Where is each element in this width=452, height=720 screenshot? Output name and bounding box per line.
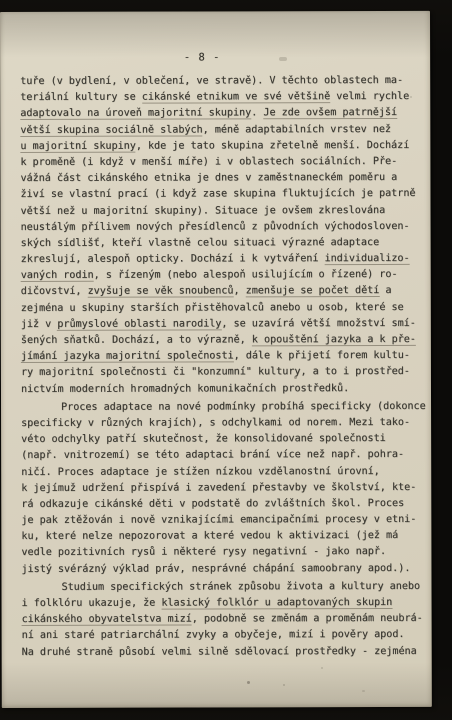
- text-segment: větší než u majoritní skupiny). Situace …: [21, 204, 386, 216]
- paragraph: Proces adaptace na nové podmínky probíhá…: [21, 399, 421, 578]
- pencil-underlined-text: individualizo-: [324, 253, 409, 265]
- text-segment: k proměně (i když v menší míře) i v obla…: [20, 156, 397, 168]
- text-line: i folklóru ukazuje, že klasický folklór …: [22, 595, 422, 612]
- scanner-background: - 8 - tuře (v bydlení, v oblečení, ve st…: [0, 0, 452, 720]
- pencil-underlined-text: průmyslové oblasti narodily: [57, 318, 221, 330]
- text-line: neustálým přílivem nových přesídlenců z …: [21, 219, 421, 236]
- text-segment: véto odchylky patří skutečnost, že konso…: [21, 433, 386, 445]
- pencil-underlined-text: zmenšuje se počet dětí: [246, 285, 380, 297]
- pencil-underlined-text: u majoritní skupiny: [20, 140, 135, 152]
- text-segment: , kde je tato skupina zřetelně menší. Do…: [136, 140, 409, 152]
- pencil-underlined-text: zvyšuje se věk snoubenců: [88, 286, 234, 298]
- paragraph: tuře (v bydlení, v oblečení, ve stravě).…: [20, 73, 421, 398]
- text-segment: Studium specifických stránek způsobu živ…: [61, 581, 420, 593]
- text-line: teriální kultury se cikánské etnikum ve …: [20, 89, 420, 106]
- text-segment: neustálým přílivem nových přesídlenců z …: [21, 221, 410, 233]
- text-line: šených sňatků. Dochází, a to výrazně, k …: [21, 332, 421, 349]
- pencil-underlined-text: větší skupina sociálně slabých: [20, 124, 202, 136]
- pencil-underlined-text: k opouštění jazyka a k pře-: [252, 334, 416, 346]
- text-line: (např. vnitrozemí) se této adaptaci brán…: [21, 447, 421, 464]
- text-segment: šených sňatků. Dochází, a to výrazně,: [21, 334, 252, 346]
- text-line: jímání jazyka majoritní společnosti, dál…: [21, 348, 421, 365]
- text-line: ských sídlišť, kteří vlastně celou situa…: [21, 235, 421, 252]
- text-segment: ničí. Proces adaptace je stížen nízkou v…: [21, 466, 380, 478]
- text-line: vaných rodin, s řízeným (nebo alespoň us…: [21, 267, 421, 284]
- text-line: živí se vlastní prací (i když zase skupi…: [20, 186, 420, 203]
- text-line: Studium specifických stránek způsobu živ…: [21, 579, 421, 596]
- text-line: jistý svérázný výklad práv, nesprávné ch…: [21, 561, 421, 578]
- text-segment: ry majoritní společnosti či "konzumní" k…: [21, 366, 410, 378]
- text-line: ku, které nelze nepozorovat a které vedo…: [21, 528, 421, 545]
- text-segment: k jejímuž udržení přispívá i zavedení př…: [21, 482, 416, 494]
- pencil-underlined-text: vaných rodin: [21, 270, 94, 282]
- text-line: větší než u majoritní skupiny). Situace …: [21, 202, 421, 219]
- text-segment: velmi rychle: [330, 91, 409, 102]
- text-segment: , dále k přijetí forem kultu-: [234, 350, 410, 361]
- pencil-underlined-text: jímání jazyka majoritní společnosti: [21, 351, 234, 364]
- pencil-underlined-text: cikánského obyvatelstva mizí: [22, 614, 192, 626]
- text-segment: vážná část cikánského etnika je dnes v z…: [20, 172, 397, 184]
- text-line: véto odchylky patří skutečnost, že konso…: [21, 431, 421, 448]
- document-page: - 8 - tuře (v bydlení, v oblečení, ve st…: [0, 11, 432, 708]
- text-segment: Proces adaptace na nové podmínky probíhá…: [61, 401, 426, 413]
- text-segment: , se uzavírá větší množství smí-: [221, 318, 415, 330]
- text-segment: ní ani staré patriarchální zvyky a obyče…: [22, 629, 405, 641]
- text-segment: a: [379, 285, 391, 296]
- pencil-underlined-text: klasický folklór u adaptovaných skupin: [161, 597, 392, 610]
- text-segment: , méně adaptabilních vrstev než: [203, 124, 391, 135]
- text-line: k proměně (i když v menší míře) i v obla…: [20, 154, 420, 171]
- text-segment: Na druhé straně působí velmi silně sdělo…: [22, 645, 417, 657]
- text-segment: dičovství,: [21, 286, 88, 297]
- text-segment: teriální kultury se: [20, 92, 142, 103]
- text-line: k jejímuž udržení přispívá i zavedení př…: [21, 480, 421, 497]
- text-line: ní ani staré patriarchální zvyky a obyče…: [22, 627, 422, 644]
- text-segment: (např. vnitrozemí) se této adaptaci brán…: [21, 449, 404, 461]
- text-segment: jistý svérázný výklad práv, nesprávné ch…: [21, 563, 410, 575]
- text-line: ničí. Proces adaptace je stížen nízkou v…: [21, 463, 421, 480]
- text-segment: ku, které nelze nepozorovat a které vedo…: [21, 530, 398, 542]
- text-line: nictvím moderních hromadných komunikační…: [21, 380, 421, 397]
- text-line: adaptovalo na úroveň majoritní skupiny. …: [20, 105, 420, 122]
- text-line: již v průmyslové oblasti narodily, se uz…: [21, 316, 421, 333]
- text-segment: rá odkazuje cikánské děti v podstatě do …: [21, 498, 404, 510]
- pencil-underlined-text: cikánské etnikum ve své většině: [142, 91, 330, 103]
- text-segment: zkreslují, alespoň opticky. Dochází i k …: [21, 253, 325, 265]
- text-line: specificky v různých krajích), s odchylk…: [21, 415, 421, 432]
- text-line: vedle pozitivních rysů i některé rysy ne…: [21, 544, 421, 561]
- text-segment: nictvím moderních hromadných komunikační…: [21, 383, 349, 395]
- text-line: Na druhé straně působí velmi silně sdělo…: [22, 643, 422, 660]
- text-line: Proces adaptace na nové podmínky probíhá…: [21, 399, 421, 416]
- text-line: tuře (v bydlení, v oblečení, ve stravě).…: [20, 73, 420, 90]
- text-segment: ských sídlišť, kteří vlastně celou situa…: [21, 237, 380, 249]
- text-line: cikánského obyvatelstva mizí, podobně se…: [22, 611, 422, 628]
- page-body: tuře (v bydlení, v oblečení, ve stravě).…: [20, 73, 422, 661]
- text-line: u majoritní skupiny, kde je tato skupina…: [20, 138, 420, 155]
- text-segment: , podobně se změnám a proměnám neubrá-: [192, 613, 423, 625]
- text-line: vážná část cikánského etnika je dnes v z…: [20, 170, 420, 187]
- text-line: je pak ztěžován i nově vznikajícími eman…: [21, 512, 421, 529]
- text-segment: již v: [21, 319, 57, 330]
- text-segment: živí se vlastní prací (i když zase skupi…: [20, 188, 415, 200]
- pencil-underlined-text: Je zde ovšem patrnější: [263, 107, 397, 119]
- text-segment: , s řízeným (nebo alespoň usilujícím o ř…: [94, 269, 398, 281]
- text-segment: i folklóru ukazuje, že: [22, 598, 162, 609]
- text-segment: tuře (v bydlení, v oblečení, ve stravě).…: [20, 75, 403, 87]
- page-number: - 8 -: [0, 51, 430, 64]
- pencil-underlined-text: adaptovalo na úroveň majoritní skupiny: [20, 108, 251, 121]
- text-line: rá odkazuje cikánské děti v podstatě do …: [21, 496, 421, 513]
- text-segment: ,: [233, 286, 245, 297]
- text-segment: .: [251, 108, 263, 119]
- paragraph: Studium specifických stránek způsobu živ…: [21, 579, 421, 661]
- text-segment: je pak ztěžován i nově vznikajícími eman…: [21, 514, 416, 526]
- text-segment: vedle pozitivních rysů i některé rysy ne…: [21, 546, 386, 558]
- text-segment: specificky v různých krajích), s odchylk…: [21, 417, 410, 429]
- text-line: dičovství, zvyšuje se věk snoubenců, zme…: [21, 283, 421, 300]
- text-segment: zejména u skupiny starších přistěhovalců…: [21, 302, 404, 314]
- text-line: zkreslují, alespoň opticky. Dochází i k …: [21, 251, 421, 268]
- text-line: ry majoritní společnosti či "konzumní" k…: [21, 364, 421, 381]
- text-line: větší skupina sociálně slabých, méně ada…: [20, 121, 420, 138]
- text-line: zejména u skupiny starších přistěhovalců…: [21, 300, 421, 317]
